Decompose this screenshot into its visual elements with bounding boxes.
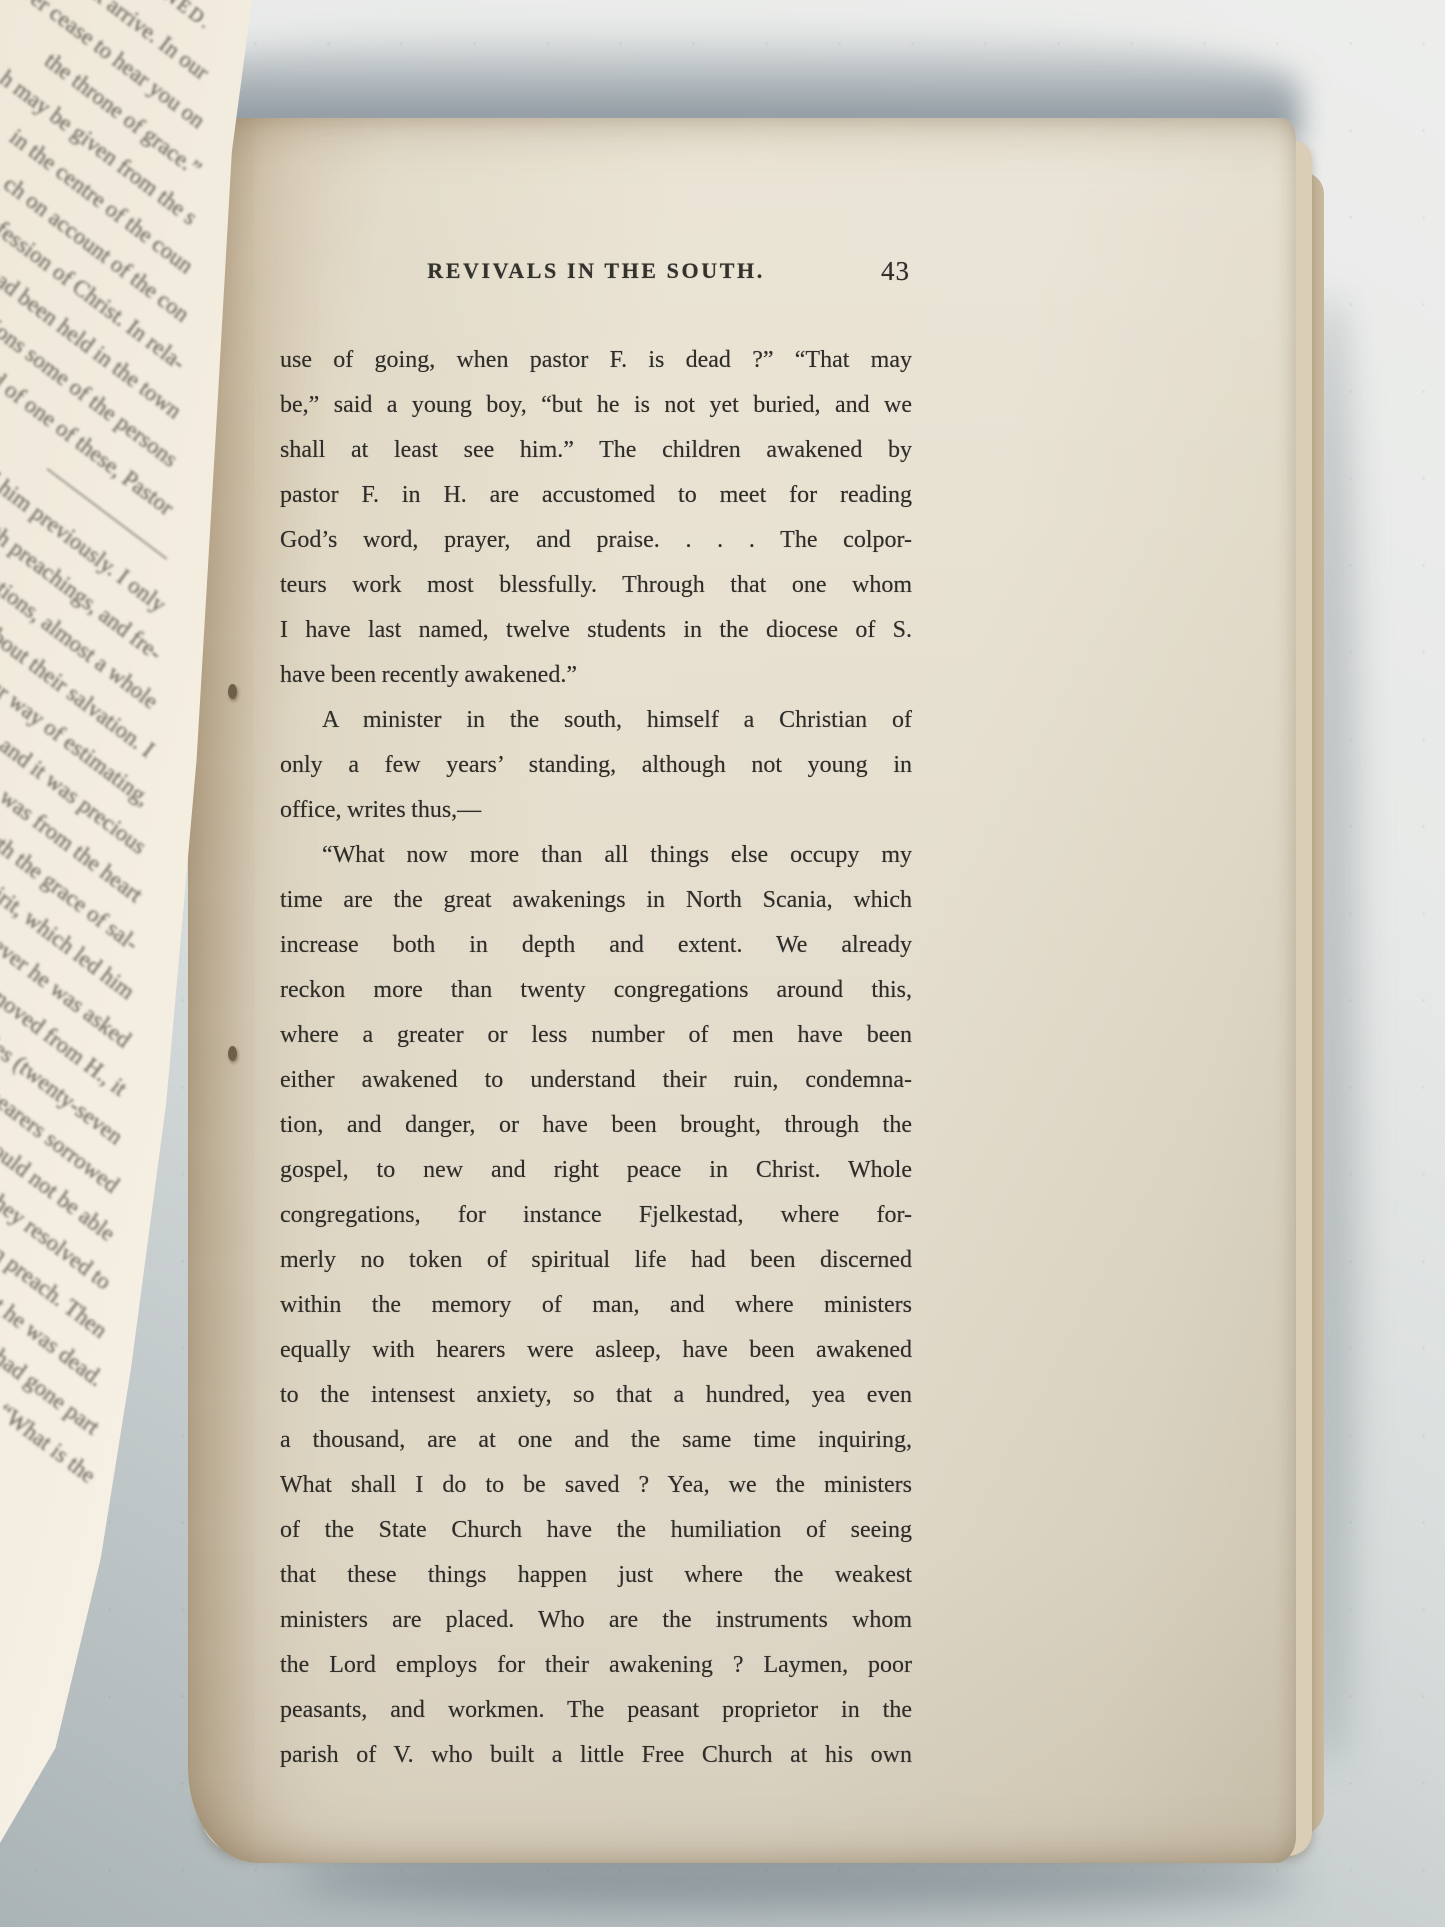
body-text-line: shall at least see him.” The children aw… [280, 428, 912, 473]
body-text-line: of the State Church have the humiliation… [280, 1508, 912, 1553]
body-text-line: merly no token of spiritual life had bee… [280, 1238, 912, 1283]
body-text-line: equally with hearers were asleep, have b… [280, 1328, 912, 1373]
body-text-line: have been recently awakened.” [280, 653, 912, 698]
body-text-line: only a few years’ standing, although not… [280, 743, 912, 788]
body-text-line: that these things happen just where the … [280, 1553, 912, 1598]
page-body: use of going, when pastor F. is dead ?” … [280, 338, 912, 1778]
body-text-line: reckon more than twenty congregations ar… [280, 968, 912, 1013]
running-header: REVIVALS IN THE SOUTH. [427, 258, 765, 283]
text-column: REVIVALS IN THE SOUTH. 43 use of going, … [280, 258, 912, 1778]
binding-stitch-hole [228, 1046, 237, 1061]
body-text-line: congregations, for instance Fjelkestad, … [280, 1193, 912, 1238]
body-text-line: either awakened to understand their ruin… [280, 1058, 912, 1103]
body-text-line: use of going, when pastor F. is dead ?” … [280, 338, 912, 383]
book-page-right: REVIVALS IN THE SOUTH. 43 use of going, … [188, 118, 1296, 1863]
body-text-line: pastor F. in H. are accustomed to meet f… [280, 473, 912, 518]
body-text-line: be,” said a young boy, “but he is not ye… [280, 383, 912, 428]
body-text-line: A minister in the south, himself a Chris… [280, 698, 912, 743]
body-text-line: ministers are placed. Who are the instru… [280, 1598, 912, 1643]
body-text-line: a thousand, are at one and the same time… [280, 1418, 912, 1463]
body-text-line: where a greater or less number of men ha… [280, 1013, 912, 1058]
body-text-line: God’s word, prayer, and praise. . . . Th… [280, 518, 912, 563]
body-text-line: I have last named, twelve students in th… [280, 608, 912, 653]
body-text-line: teurs work most blessfully. Through that… [280, 563, 912, 608]
open-book-photo: REVIVALS IN THE SOUTH. 43 use of going, … [0, 0, 1445, 1927]
body-text-line: What shall I do to be saved ? Yea, we th… [280, 1463, 912, 1508]
body-text-line: tion, and danger, or have been brought, … [280, 1103, 912, 1148]
page-header-row: REVIVALS IN THE SOUTH. 43 [280, 258, 912, 292]
body-text-line: parish of V. who built a little Free Chu… [280, 1733, 912, 1778]
body-text-line: increase both in depth and extent. We al… [280, 923, 912, 968]
body-text-line: peasants, and workmen. The peasant propr… [280, 1688, 912, 1733]
body-text-line: the Lord employs for their awakening ? L… [280, 1643, 912, 1688]
binding-stitch-hole [228, 684, 237, 699]
page-number: 43 [881, 256, 910, 287]
body-text-line: “What now more than all things else occu… [280, 833, 912, 878]
body-text-line: within the memory of man, and where mini… [280, 1283, 912, 1328]
body-text-line: to the intensest anxiety, so that a hund… [280, 1373, 912, 1418]
body-text-line: time are the great awakenings in North S… [280, 878, 912, 923]
body-text-line: gospel, to new and right peace in Christ… [280, 1148, 912, 1193]
body-text-line: office, writes thus,— [280, 788, 912, 833]
